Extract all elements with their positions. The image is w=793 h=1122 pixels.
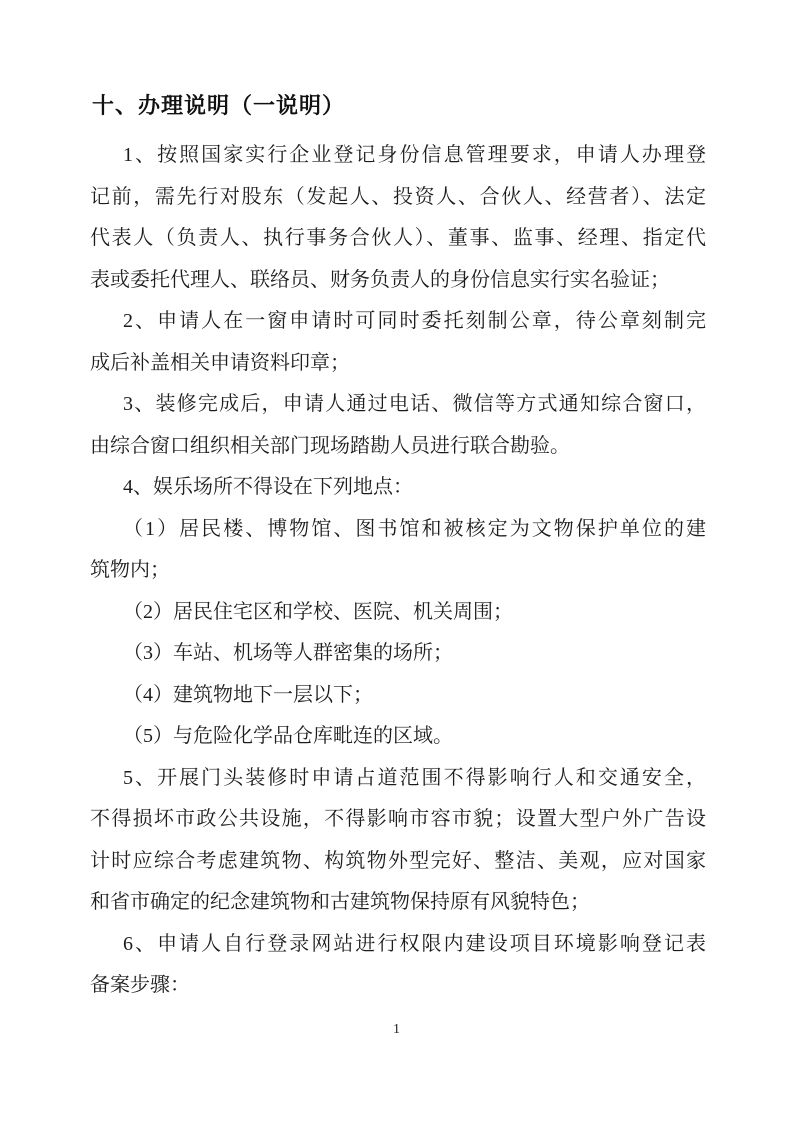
paragraph: 6、申请人自行登录网站进行权限内建设项目环境影响登记表备案步骤： bbox=[90, 924, 706, 1007]
text-line: 由综合窗口组织相关部门现场踏勘人员进行联合勘验。 bbox=[90, 426, 706, 468]
text-line: 4、娱乐场所不得设在下列地点： bbox=[90, 467, 706, 509]
text-line: 不得损坏市政公共设施，不得影响市容市貌；设置大型户外广告设 bbox=[90, 799, 706, 841]
paragraph: 5、开展门头装修时申请占道范围不得影响行人和交通安全，不得损坏市政公共设施，不得… bbox=[90, 758, 706, 924]
paragraph: （4）建筑物地下一层以下； bbox=[90, 675, 706, 717]
paragraph: （3）车站、机场等人群密集的场所； bbox=[90, 633, 706, 675]
text-line: 代表人（负责人、执行事务合伙人）、董事、监事、经理、指定代 bbox=[90, 218, 706, 260]
text-line: 6、申请人自行登录网站进行权限内建设项目环境影响登记表 bbox=[90, 924, 706, 966]
text-line: 备案步骤： bbox=[90, 965, 706, 1007]
paragraph: 2、申请人在一窗申请时可同时委托刻制公章，待公章刻制完成后补盖相关申请资料印章； bbox=[90, 301, 706, 384]
text-line: 表或委托代理人、联络员、财务负责人的身份信息实行实名验证； bbox=[90, 260, 706, 302]
text-line: （2）居民住宅区和学校、医院、机关周围； bbox=[90, 592, 706, 634]
text-line: 1、按照国家实行企业登记身份信息管理要求，申请人办理登 bbox=[90, 135, 706, 177]
paragraph: 1、按照国家实行企业登记身份信息管理要求，申请人办理登记前，需先行对股东（发起人… bbox=[90, 135, 706, 301]
paragraph: （5）与危险化学品仓库毗连的区域。 bbox=[90, 716, 706, 758]
document-page: 十、办理说明（一说明） 1、按照国家实行企业登记身份信息管理要求，申请人办理登记… bbox=[0, 0, 793, 1122]
text-line: 3、装修完成后，申请人通过电话、微信等方式通知综合窗口， bbox=[90, 384, 706, 426]
page-number: 1 bbox=[0, 1020, 793, 1040]
paragraph: 3、装修完成后，申请人通过电话、微信等方式通知综合窗口，由综合窗口组织相关部门现… bbox=[90, 384, 706, 467]
document-content: 十、办理说明（一说明） 1、按照国家实行企业登记身份信息管理要求，申请人办理登记… bbox=[90, 92, 706, 1007]
paragraph: （2）居民住宅区和学校、医院、机关周围； bbox=[90, 592, 706, 634]
text-line: 记前，需先行对股东（发起人、投资人、合伙人、经营者）、法定 bbox=[90, 177, 706, 219]
text-line: （5）与危险化学品仓库毗连的区域。 bbox=[90, 716, 706, 758]
text-line: （4）建筑物地下一层以下； bbox=[90, 675, 706, 717]
section-title: 十、办理说明（一说明） bbox=[92, 92, 706, 120]
text-line: 计时应综合考虑建筑物、构筑物外型完好、整洁、美观，应对国家 bbox=[90, 841, 706, 883]
text-line: 成后补盖相关申请资料印章； bbox=[90, 343, 706, 385]
text-line: 和省市确定的纪念建筑物和古建筑物保持原有风貌特色； bbox=[90, 882, 706, 924]
text-line: （1）居民楼、博物馆、图书馆和被核定为文物保护单位的建 bbox=[90, 509, 706, 551]
text-line: 2、申请人在一窗申请时可同时委托刻制公章，待公章刻制完 bbox=[90, 301, 706, 343]
document-body: 1、按照国家实行企业登记身份信息管理要求，申请人办理登记前，需先行对股东（发起人… bbox=[90, 135, 706, 1007]
paragraph: （1）居民楼、博物馆、图书馆和被核定为文物保护单位的建筑物内； bbox=[90, 509, 706, 592]
paragraph: 4、娱乐场所不得设在下列地点： bbox=[90, 467, 706, 509]
text-line: （3）车站、机场等人群密集的场所； bbox=[90, 633, 706, 675]
text-line: 筑物内； bbox=[90, 550, 706, 592]
text-line: 5、开展门头装修时申请占道范围不得影响行人和交通安全， bbox=[90, 758, 706, 800]
